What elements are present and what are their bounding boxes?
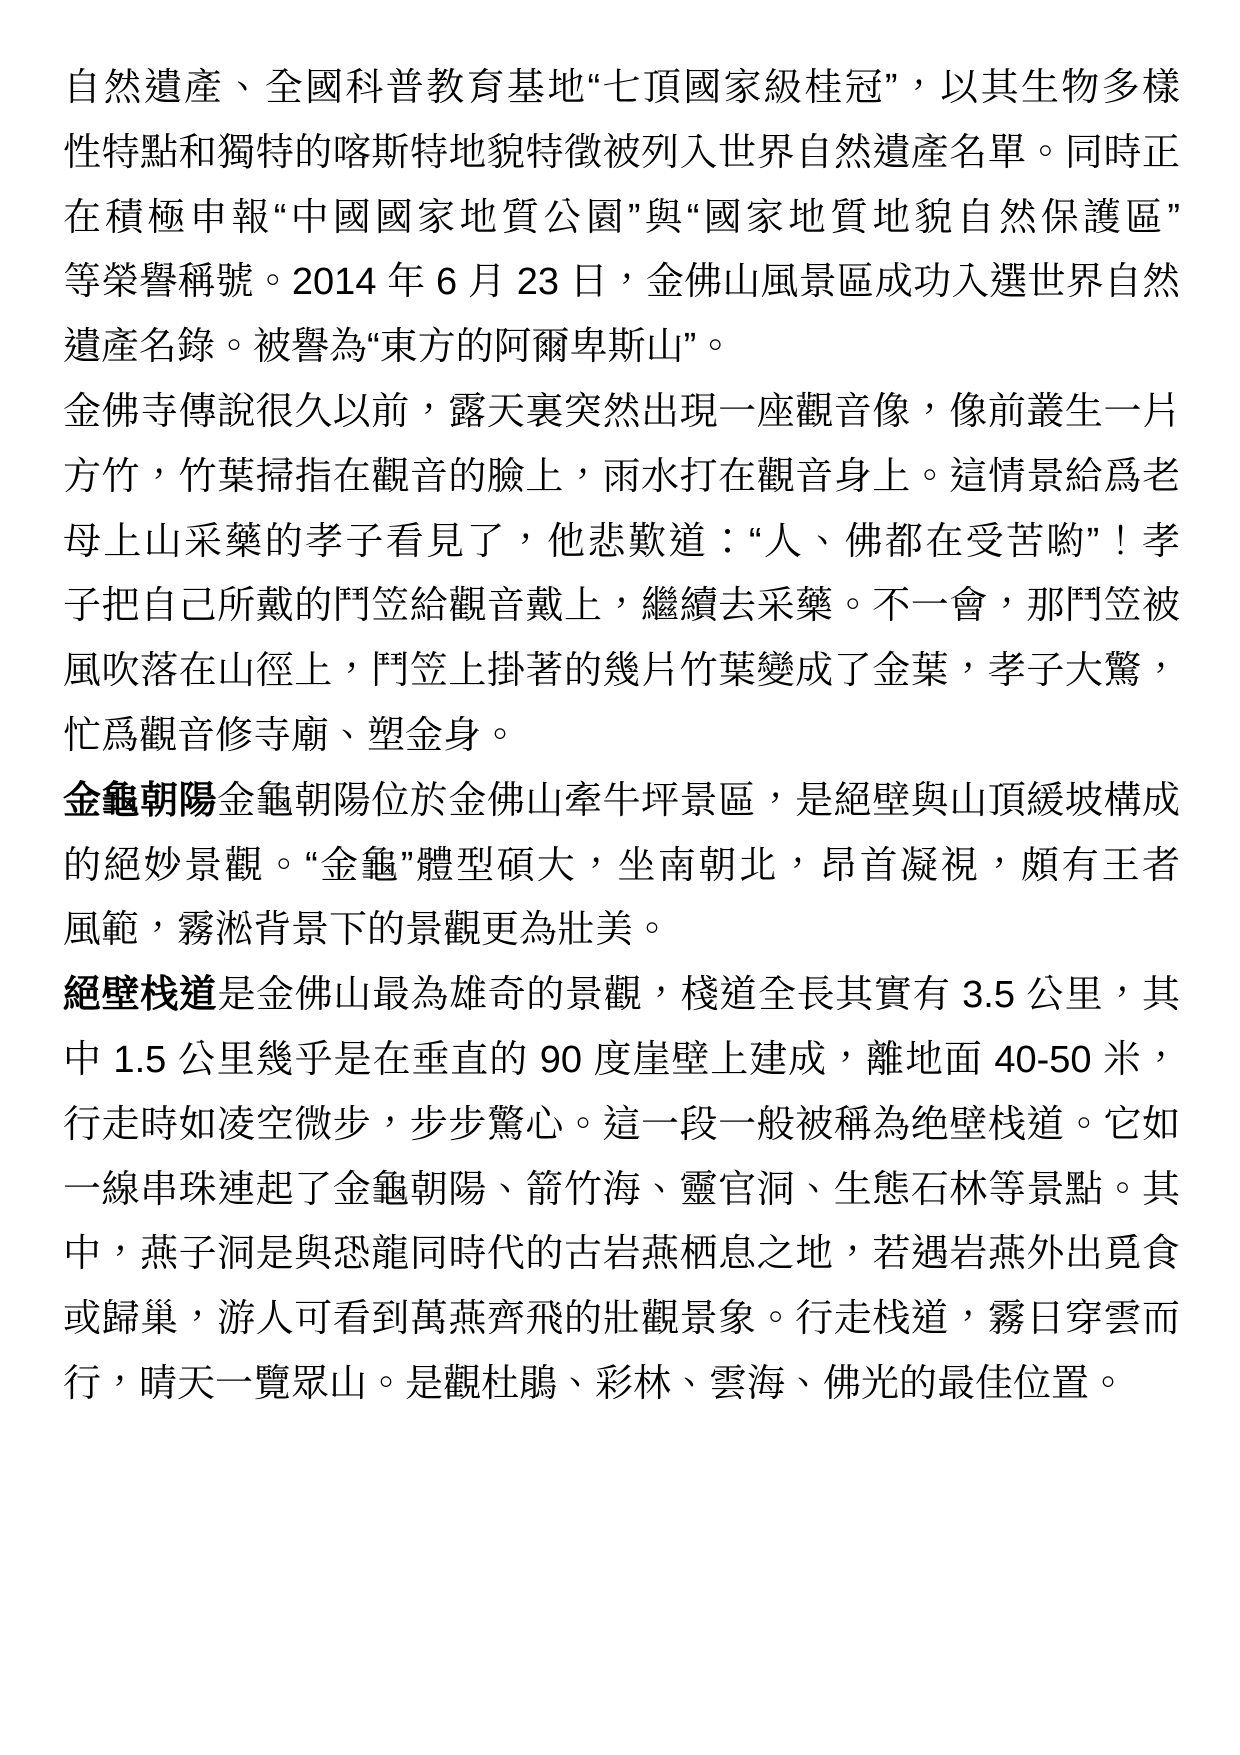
text-run: 在積極申報“中國國家地質公園”與“國家地質地貌自然保護區” [63,197,1180,239]
text-run: 方竹，竹葉掃指在觀音的臉上，雨水打在觀音身上。這情景給爲老 [63,456,1180,498]
text-run: 行走時如凌空微步，步步驚心。這一段一般被稱為绝壁栈道。它如 [63,1104,1180,1146]
text-line: 忙爲觀音修寺廟、塑金身。 [63,704,1180,769]
text-line: 或歸巢，游人可看到萬燕齊飛的壯觀景象。行走栈道，霧日穿雲而 [63,1287,1180,1352]
text-run: 是金佛山最為雄奇的景觀，棧道全長其實有 3.5 公里，其 [217,974,1180,1016]
text-run: 遺產名錄。被譽為“東方的阿爾卑斯山”。 [63,326,734,368]
text-line: 遺產名錄。被譽為“東方的阿爾卑斯山”。 [63,315,1180,380]
text-run: 中 1.5 公里幾乎是在垂直的 90 度崖壁上建成，離地面 40-50 米， [63,1039,1180,1081]
text-line: 行走時如凌空微步，步步驚心。這一段一般被稱為绝壁栈道。它如 [63,1093,1180,1158]
text-line: 方竹，竹葉掃指在觀音的臉上，雨水打在觀音身上。這情景給爲老 [63,445,1180,510]
text-run: 等榮譽稱號。2014 年 6 月 23 日，金佛山風景區成功入選世界自然 [63,261,1180,303]
text-run: 行，晴天一覽眾山。是觀杜鵑、彩林、雲海、佛光的最佳位置。 [63,1363,1127,1405]
text-line: 金佛寺傳說很久以前，露天裏突然出現一座觀音像，像前叢生一片 [63,380,1180,445]
text-run: 金龜朝陽位於金佛山牽牛坪景區，是絕壁與山頂緩坡構成 [217,780,1180,822]
text-run: 或歸巢，游人可看到萬燕齊飛的壯觀景象。行走栈道，霧日穿雲而 [63,1298,1180,1340]
text-run: 風吹落在山徑上，鬥笠上掛著的幾片竹葉變成了金葉，孝子大驚， [63,650,1180,692]
text-run: 自然遺產、全國科普教育基地“七頂國家級桂冠”，以其生物多樣 [63,67,1180,109]
text-run: 母上山采藥的孝子看見了，他悲歎道：“人、佛都在受苦喲”！孝 [63,521,1180,563]
bold-heading-run: 金龜朝陽 [63,780,217,822]
text-run: 一線串珠連起了金龜朝陽、箭竹海、靈官洞、生態石林等景點。其 [63,1169,1180,1211]
text-line: 中 1.5 公里幾乎是在垂直的 90 度崖壁上建成，離地面 40-50 米， [63,1028,1180,1093]
text-line: 中，燕子洞是與恐龍同時代的古岩燕栖息之地，若遇岩燕外出覓食 [63,1222,1180,1287]
text-run: 的絕妙景觀。“金龜”體型碩大，坐南朝北，昂首凝視，頗有王者 [63,845,1180,887]
text-run: 子把自己所戴的鬥笠給觀音戴上，繼續去采藥。不一會，那鬥笠被 [63,585,1180,627]
text-line: 等榮譽稱號。2014 年 6 月 23 日，金佛山風景區成功入選世界自然 [63,250,1180,315]
text-run: 中，燕子洞是與恐龍同時代的古岩燕栖息之地，若遇岩燕外出覓食 [63,1233,1180,1275]
text-line: 風範，霧淞背景下的景觀更為壯美。 [63,898,1180,963]
document-page: 自然遺產、全國科普教育基地“七頂國家級桂冠”，以其生物多樣性特點和獨特的喀斯特地… [0,0,1240,1755]
text-line: 行，晴天一覽眾山。是觀杜鵑、彩林、雲海、佛光的最佳位置。 [63,1352,1180,1417]
text-line: 母上山采藥的孝子看見了，他悲歎道：“人、佛都在受苦喲”！孝 [63,510,1180,575]
text-run: 金佛寺傳說很久以前，露天裏突然出現一座觀音像，像前叢生一片 [63,391,1180,433]
text-run: 性特點和獨特的喀斯特地貌特徵被列入世界自然遺產名單。同時正 [63,132,1180,174]
text-line: 在積極申報“中國國家地質公園”與“國家地質地貌自然保護區” [63,186,1180,251]
text-line: 子把自己所戴的鬥笠給觀音戴上，繼續去采藥。不一會，那鬥笠被 [63,574,1180,639]
text-line: 一線串珠連起了金龜朝陽、箭竹海、靈官洞、生態石林等景點。其 [63,1158,1180,1223]
text-line: 金龜朝陽金龜朝陽位於金佛山牽牛坪景區，是絕壁與山頂緩坡構成 [63,769,1180,834]
document-text-block: 自然遺產、全國科普教育基地“七頂國家級桂冠”，以其生物多樣性特點和獨特的喀斯特地… [63,56,1180,1417]
text-run: 忙爲觀音修寺廟、塑金身。 [63,715,519,757]
text-line: 的絕妙景觀。“金龜”體型碩大，坐南朝北，昂首凝視，頗有王者 [63,834,1180,899]
text-line: 風吹落在山徑上，鬥笠上掛著的幾片竹葉變成了金葉，孝子大驚， [63,639,1180,704]
text-line: 絕壁栈道是金佛山最為雄奇的景觀，棧道全長其實有 3.5 公里，其 [63,963,1180,1028]
text-line: 性特點和獨特的喀斯特地貌特徵被列入世界自然遺產名單。同時正 [63,121,1180,186]
text-run: 風範，霧淞背景下的景觀更為壯美。 [63,909,671,951]
text-line: 自然遺產、全國科普教育基地“七頂國家級桂冠”，以其生物多樣 [63,56,1180,121]
bold-heading-run: 絕壁栈道 [63,974,217,1016]
